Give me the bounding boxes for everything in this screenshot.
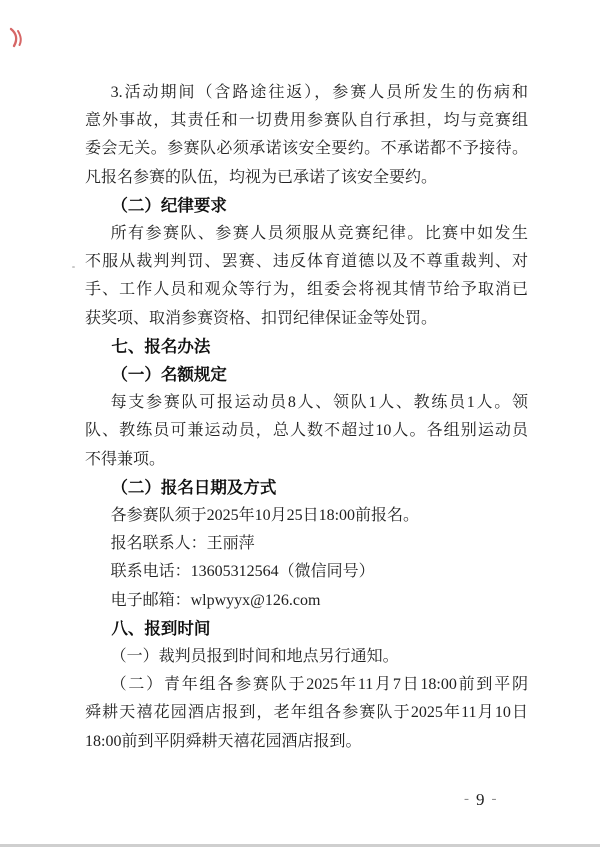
text-line: 手、工作人员和观众等行为，组委会将视其情节给予取消已 [85,276,528,304]
text-line: 舜耕天禧花园酒店报到，老年组各参赛队于2025年11月10日 [85,699,528,727]
page-number-value: 9 [476,790,485,810]
scan-bottom-edge [0,844,600,847]
section-heading: （二）纪律要求 [85,192,528,220]
section-heading: （二）报名日期及方式 [85,474,528,502]
text-line: （一）裁判员报到时间和地点另行通知。 [85,643,528,671]
text-line: 不服从裁判判罚、罢赛、违反体育道德以及不尊重裁判、对 [85,248,528,276]
document-page: 3.活动期间（含路途往返），参赛人员所发生的伤病和意外事故，其责任和一切费用参赛… [0,0,600,848]
text-line: 委会无关。参赛队必须承诺该安全要约。不承诺都不予接待。 [85,135,528,163]
section-heading: （一）名额规定 [85,361,528,389]
text-line: （二）青年组各参赛队于2025年11月7日18:00前到平阴 [85,671,528,699]
page-number: - 9 - [464,790,497,810]
text-line: 各参赛队须于2025年10月25日18:00前报名。 [85,502,528,530]
red-seal-mark-icon [8,27,24,48]
section-heading: 七、报名办法 [85,333,528,361]
text-line: 不得兼项。 [85,446,528,474]
text-line: 电子邮箱：wlpwyyx@126.com [85,587,528,615]
text-line: 3.活动期间（含路途往返），参赛人员所发生的伤病和 [85,79,528,107]
document-lines: 3.活动期间（含路途往返），参赛人员所发生的伤病和意外事故，其责任和一切费用参赛… [85,0,528,756]
page-number-dash-right: - [492,791,497,808]
text-line: 获奖项、取消参赛资格、扣罚纪律保证金等处罚。 [85,305,528,333]
text-line: 联系电话：13605312564（微信同号） [85,558,528,586]
text-line: 报名联系人：王丽萍 [85,530,528,558]
text-line: 每支参赛队可报运动员8人、领队1人、教练员1人。领 [85,389,528,417]
text-line: 凡报名参赛的队伍，均视为已承诺了该安全要约。 [85,164,528,192]
text-line: 所有参赛队、参赛人员须服从竞赛纪律。比赛中如发生 [85,220,528,248]
scan-speck [72,266,75,268]
text-line: 队、教练员可兼运动员，总人数不超过10人。各组别运动员 [85,417,528,445]
text-line: 意外事故，其责任和一切费用参赛队自行承担，均与竞赛组 [85,107,528,135]
text-line: 18:00前到平阴舜耕天禧花园酒店报到。 [85,728,528,756]
section-heading: 八、报到时间 [85,615,528,643]
page-number-dash-left: - [464,791,469,808]
